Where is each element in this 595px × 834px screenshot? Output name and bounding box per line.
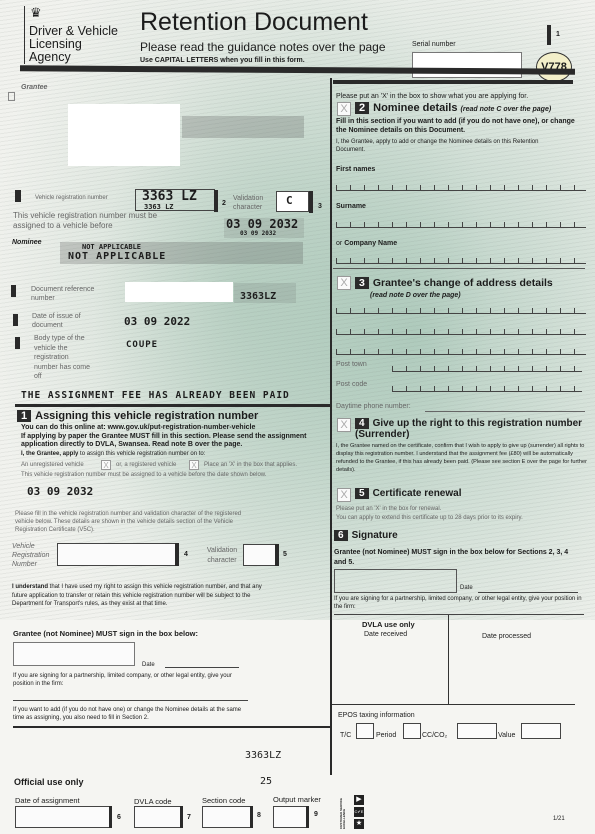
grantee-checkbox[interactable] bbox=[8, 92, 15, 101]
vehicle-vrn-label: Vehicle Registration Number bbox=[12, 542, 52, 569]
epos-period-label: Period bbox=[376, 732, 396, 739]
doc-ref-label: Document reference number bbox=[31, 285, 101, 303]
form-version: 1/21 bbox=[553, 816, 565, 822]
epos-value-field[interactable] bbox=[521, 723, 561, 739]
printed-number: 25 bbox=[260, 776, 272, 787]
vrn-marker bbox=[15, 190, 21, 202]
validation-label: Validation character bbox=[233, 194, 275, 212]
section3-heading: 3Grantee's change of address details bbox=[355, 277, 553, 289]
nominee-label: Nominee bbox=[12, 239, 42, 246]
fill-vehicle-note: Please fill in the vehicle registration … bbox=[15, 510, 255, 534]
printed-ref: 3363LZ bbox=[245, 750, 281, 761]
form-code-badge: V778 bbox=[536, 52, 572, 82]
section1-position-line[interactable] bbox=[13, 700, 248, 701]
dvla-use-heading: DVLA use only bbox=[362, 620, 415, 629]
epos-value-label: Value bbox=[498, 732, 515, 739]
date-of-assignment-num: 6 bbox=[117, 814, 121, 821]
output-marker-bar bbox=[306, 806, 309, 828]
body-type-value: COUPE bbox=[126, 340, 158, 350]
section6-must-sign: Grantee (not Nominee) MUST sign in the b… bbox=[334, 548, 569, 568]
vrn-value: 3363 LZ bbox=[142, 189, 197, 204]
section4-text: I, the Grantee named on the certificate,… bbox=[336, 442, 588, 474]
section1-nominee-note: If you want to add (if you do not have o… bbox=[13, 706, 253, 722]
validation-box-bar bbox=[309, 191, 313, 213]
left-divider-2 bbox=[13, 726, 330, 728]
date-processed-label: Date processed bbox=[482, 633, 531, 640]
assign-before-date: 03 09 2032 bbox=[226, 217, 298, 231]
vehicle-vrn-num: 4 bbox=[184, 551, 188, 558]
section-code-field[interactable] bbox=[202, 806, 252, 828]
dvla-code-label: DVLA code bbox=[134, 797, 172, 806]
section6-position-line[interactable] bbox=[334, 614, 584, 615]
phone-field[interactable] bbox=[425, 411, 585, 412]
fee-notice: THE ASSIGNMENT FEE HAS ALREADY BEEN PAID bbox=[21, 390, 290, 401]
vehicle-vrn-bar bbox=[175, 543, 179, 566]
section6-position-note: If you are signing for a partnership, li… bbox=[334, 595, 584, 611]
header-left-rule bbox=[24, 6, 25, 64]
vrn-box-bar bbox=[214, 190, 218, 212]
grantee-address-redacted bbox=[68, 104, 180, 166]
phone-label: Daytime phone number: bbox=[336, 403, 411, 410]
section1-date: 03 09 2032 bbox=[27, 485, 93, 498]
post-code-label: Post code bbox=[336, 381, 367, 388]
address-line-2[interactable] bbox=[336, 327, 586, 335]
epos-period-field[interactable] bbox=[403, 723, 421, 739]
issue-date-marker bbox=[13, 314, 18, 326]
nominee-value-small: NOT APPLICABLE bbox=[82, 243, 141, 251]
epos-tc-label: T/C bbox=[340, 732, 351, 739]
section1-heading: 1Assigning this vehicle registration num… bbox=[17, 410, 258, 422]
dvla-code-bar bbox=[180, 806, 183, 828]
vehicle-val-field[interactable] bbox=[243, 544, 276, 566]
vrn-value-small: 3363 LZ bbox=[144, 203, 174, 211]
date-received-label: Date received bbox=[364, 631, 407, 638]
dvla-bottom-rule bbox=[332, 704, 575, 705]
vrn-box-num: 2 bbox=[222, 200, 226, 207]
serial-number-label: Serial number bbox=[412, 41, 456, 48]
agency-name: Driver & Vehicle Licensing Agency bbox=[29, 25, 118, 64]
section-code-label: Section code bbox=[202, 796, 245, 805]
output-marker-num: 9 bbox=[314, 811, 318, 818]
section2-apply: I, the Grantee, apply to add or change t… bbox=[336, 138, 556, 154]
section1-date-line[interactable] bbox=[165, 667, 239, 668]
page-title: Retention Document bbox=[140, 8, 368, 37]
section5-heading: 5Certificate renewal bbox=[355, 488, 462, 499]
section6-date-label: Date bbox=[460, 585, 473, 591]
section6-heading: 6Signature bbox=[334, 530, 398, 541]
page-marker: 1 bbox=[556, 31, 560, 38]
address-line-3[interactable] bbox=[336, 347, 586, 355]
date-of-assignment-field[interactable] bbox=[15, 806, 111, 828]
dvla-use-divider bbox=[448, 615, 449, 705]
section5-line1: Please put an 'X' in the box for renewal… bbox=[336, 506, 441, 512]
subtitle: Please read the guidance notes over the … bbox=[140, 40, 386, 54]
section2-heading: 2Nominee details (read note C over the p… bbox=[355, 102, 551, 114]
section6-signature-box[interactable] bbox=[334, 569, 457, 593]
section3-checkbox[interactable]: X bbox=[337, 276, 351, 290]
nominee-value: NOT APPLICABLE bbox=[68, 251, 166, 262]
vehicle-val-bar bbox=[275, 544, 279, 566]
section1-position-note: If you are signing for a partnership, li… bbox=[13, 672, 248, 688]
date-of-assignment-bar bbox=[109, 806, 112, 828]
epos-tc-field[interactable] bbox=[356, 723, 374, 739]
epos-heading: EPOS taxing information bbox=[338, 712, 415, 719]
dvla-code-num: 7 bbox=[187, 814, 191, 821]
section2-fill: Fill in this section if you want to add … bbox=[336, 118, 584, 135]
cse-star-icon: ★ bbox=[354, 819, 364, 829]
understand-statement: I understand that I have used my right t… bbox=[12, 583, 262, 609]
post-code-field[interactable] bbox=[392, 384, 582, 392]
crest-icon: ♛ bbox=[30, 5, 48, 21]
doc-ref-value: 3363LZ bbox=[240, 291, 276, 302]
section-code-num: 8 bbox=[257, 812, 261, 819]
surname-label: Surname bbox=[336, 203, 366, 210]
section4-heading: 4Give up the right to this registration … bbox=[355, 418, 585, 440]
assign-before-label: This vehicle registration number must be… bbox=[13, 211, 183, 231]
output-marker-field[interactable] bbox=[273, 806, 308, 828]
capital-letters-instruction: Use CAPITAL LETTERS when you fill in thi… bbox=[140, 57, 305, 64]
left-divider-1 bbox=[15, 404, 330, 407]
section1-paper: If applying by paper the Grantee MUST fi… bbox=[21, 433, 329, 449]
company-name-field[interactable] bbox=[336, 256, 586, 264]
section6-date-line[interactable] bbox=[478, 592, 578, 593]
center-divider bbox=[330, 78, 332, 775]
validation-value: C bbox=[286, 194, 293, 207]
grantee-printed-shade bbox=[182, 116, 304, 138]
body-type-marker bbox=[15, 337, 20, 349]
section1-vehicle-choice: An unregistered vehicle bbox=[21, 462, 84, 468]
post-town-field[interactable] bbox=[392, 364, 582, 372]
customer-service-excellence-logo: CUSTOMER SERVICE EXCELLENCE ▶ C✔E ★ bbox=[338, 795, 368, 831]
post-town-label: Post town bbox=[336, 361, 367, 368]
surname-field[interactable] bbox=[336, 220, 586, 228]
first-names-label: First names bbox=[336, 166, 375, 173]
first-names-field[interactable] bbox=[336, 183, 586, 191]
official-use-heading: Official use only bbox=[14, 777, 84, 787]
section1-signature-box[interactable] bbox=[13, 642, 135, 666]
section1-apply: I, the Grantee, apply to assign this veh… bbox=[21, 451, 205, 457]
date-of-assignment-label: Date of assignment bbox=[15, 796, 80, 805]
right-top-bar bbox=[333, 80, 573, 84]
cse-mark: C✔E bbox=[354, 807, 364, 817]
cse-play-icon: ▶ bbox=[354, 795, 364, 805]
section5-checkbox[interactable]: X bbox=[337, 488, 351, 502]
section1-sign-heading: Grantee (not Nominee) MUST sign in the b… bbox=[13, 629, 198, 638]
doc-ref-marker bbox=[11, 285, 16, 297]
grantee-label: Grantee bbox=[21, 84, 47, 91]
page-marker-bar bbox=[547, 25, 551, 45]
section4-checkbox[interactable]: X bbox=[337, 418, 351, 432]
registered-vehicle-label: or, a registered vehicle bbox=[116, 462, 176, 468]
section2-divider bbox=[333, 268, 585, 269]
doc-ref-redacted bbox=[125, 282, 233, 302]
section5-line2: You can apply to extend this certificate… bbox=[336, 515, 523, 521]
body-type-label: Body type of the vehicle the registratio… bbox=[34, 334, 92, 382]
unregistered-vehicle-checkbox[interactable]: X bbox=[101, 460, 111, 470]
vehicle-vrn-field[interactable] bbox=[57, 543, 177, 566]
must-assign-note: This vehicle registration number must be… bbox=[21, 472, 266, 478]
output-marker-label: Output marker bbox=[273, 795, 321, 804]
issue-date-value: 03 09 2022 bbox=[124, 315, 190, 328]
section-code-bar bbox=[250, 806, 253, 828]
section1-online: You can do this online at: www.gov.uk/pu… bbox=[21, 424, 255, 431]
company-name-label: or Company Name bbox=[336, 240, 397, 247]
section3-note: (read note D over the page) bbox=[370, 292, 461, 299]
vehicle-val-label: Validation character bbox=[203, 546, 241, 566]
place-x-note: Place an 'X' in the box that applies. bbox=[204, 462, 297, 468]
vehicle-val-num: 5 bbox=[283, 551, 287, 558]
epos-cc-label: CC/CO₂ bbox=[422, 732, 447, 739]
dvla-code-field[interactable] bbox=[134, 806, 182, 828]
assign-before-date-small: 03 09 2032 bbox=[240, 230, 276, 237]
section2-checkbox[interactable]: X bbox=[337, 102, 351, 116]
issue-date-label: Date of issue of document bbox=[32, 312, 87, 330]
put-x-instruction: Please put an 'X' in the box to show wha… bbox=[336, 93, 528, 100]
validation-box-num: 3 bbox=[318, 203, 322, 210]
cse-text: CUSTOMER SERVICE EXCELLENCE bbox=[340, 795, 346, 829]
retention-document-page: ♛ Driver & Vehicle Licensing Agency Rete… bbox=[0, 0, 595, 834]
epos-cc-field[interactable] bbox=[457, 723, 497, 739]
address-line-1[interactable] bbox=[336, 306, 586, 314]
section1-date-label: Date bbox=[142, 662, 155, 668]
registered-vehicle-checkbox[interactable]: X bbox=[189, 460, 199, 470]
vrn-label: Vehicle registration number bbox=[35, 195, 108, 201]
